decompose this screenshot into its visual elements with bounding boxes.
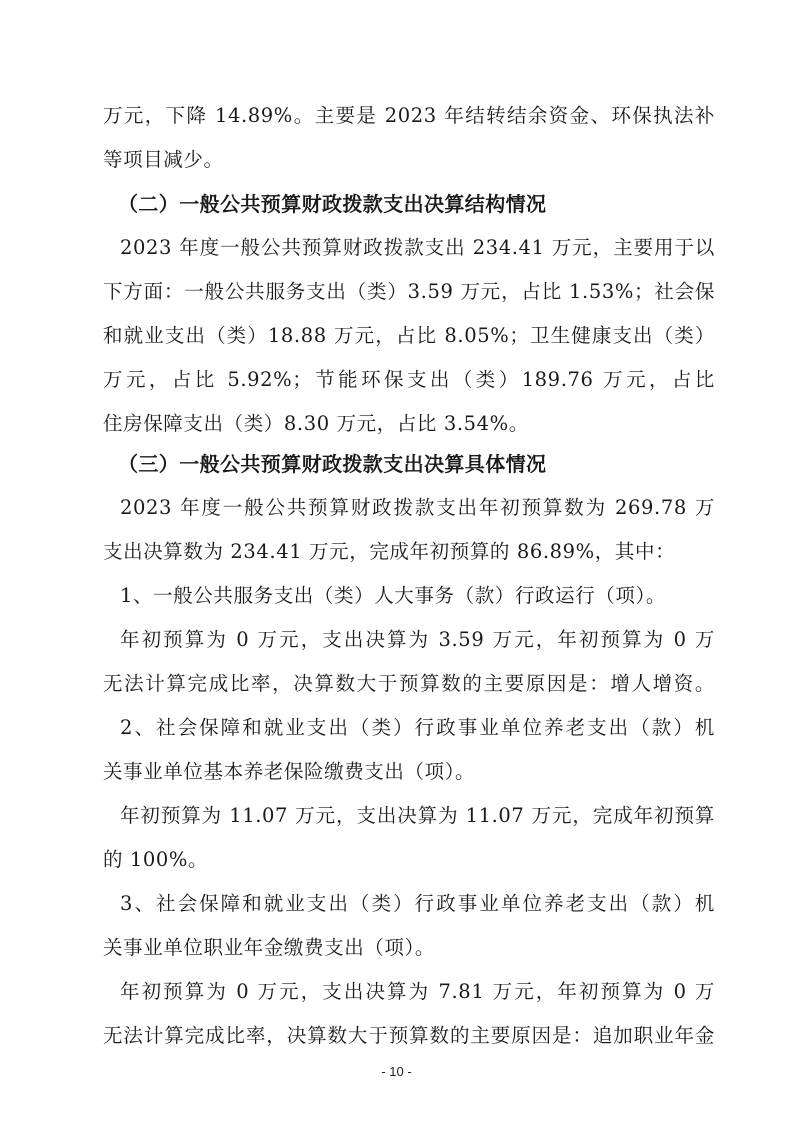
paragraph-line: 关事业单位职业年金缴费支出（项）。 xyxy=(103,936,715,960)
paragraph-line: 年初预算为 0 万元，支出决算为 7.81 万元，年初预算为 0 万元， xyxy=(120,980,715,1004)
paragraph-line: 的 100%。 xyxy=(103,848,715,872)
section-heading-structure: （二）一般公共预算财政拨款支出决算结构情况 xyxy=(118,192,546,216)
paragraph-line: 2023 年度一般公共预算财政拨款支出 234.41 万元，主要用于以 xyxy=(120,236,715,260)
paragraph-line: 万元，下降 14.89%。主要是 2023 年结转结余资金、环保执法补助费 xyxy=(103,104,715,128)
document-page: 万元，下降 14.89%。主要是 2023 年结转结余资金、环保执法补助费 等项… xyxy=(0,0,793,1122)
list-item-title-3: 3、社会保障和就业支出（类）行政事业单位养老支出（款）机 xyxy=(120,892,715,916)
paragraph-line: 2023 年度一般公共预算财政拨款支出年初预算数为 269.78 万元， xyxy=(120,496,715,520)
paragraph-line: 和就业支出（类）18.88 万元，占比 8.05%；卫生健康支出（类）13.88 xyxy=(103,324,715,348)
page-number: - 10 - xyxy=(0,1064,793,1079)
paragraph-line: 住房保障支出（类）8.30 万元，占比 3.54%。 xyxy=(103,412,715,436)
list-item-title-1: 1、一般公共服务支出（类）人大事务（款）行政运行（项）。 xyxy=(120,584,732,608)
paragraph-line: 年初预算为 0 万元，支出决算为 3.59 万元，年初预算为 0 万元， xyxy=(120,628,715,652)
paragraph-line: 关事业单位基本养老保险缴费支出（项）。 xyxy=(103,760,715,784)
paragraph-line: 支出决算数为 234.41 万元，完成年初预算的 86.89%，其中： xyxy=(103,540,715,564)
paragraph-line: 等项目减少。 xyxy=(103,148,715,172)
list-item-title-2: 2、社会保障和就业支出（类）行政事业单位养老支出（款）机 xyxy=(120,716,715,740)
paragraph-line: 无法计算完成比率，决算数大于预算数的主要原因是：增人增资。 xyxy=(103,672,715,696)
paragraph-line: 下方面：一般公共服务支出（类）3.59 万元，占比 1.53%；社会保障 xyxy=(103,280,715,304)
paragraph-line: 无法计算完成比率，决算数大于预算数的主要原因是：追加职业年金 xyxy=(103,1024,715,1048)
paragraph-line: 年初预算为 11.07 万元，支出决算为 11.07 万元，完成年初预算 xyxy=(120,804,715,828)
paragraph-line: 万元，占比 5.92%；节能环保支出（类）189.76 万元，占比 80.95%… xyxy=(103,368,715,392)
section-heading-details: （三）一般公共预算财政拨款支出决算具体情况 xyxy=(118,452,546,476)
